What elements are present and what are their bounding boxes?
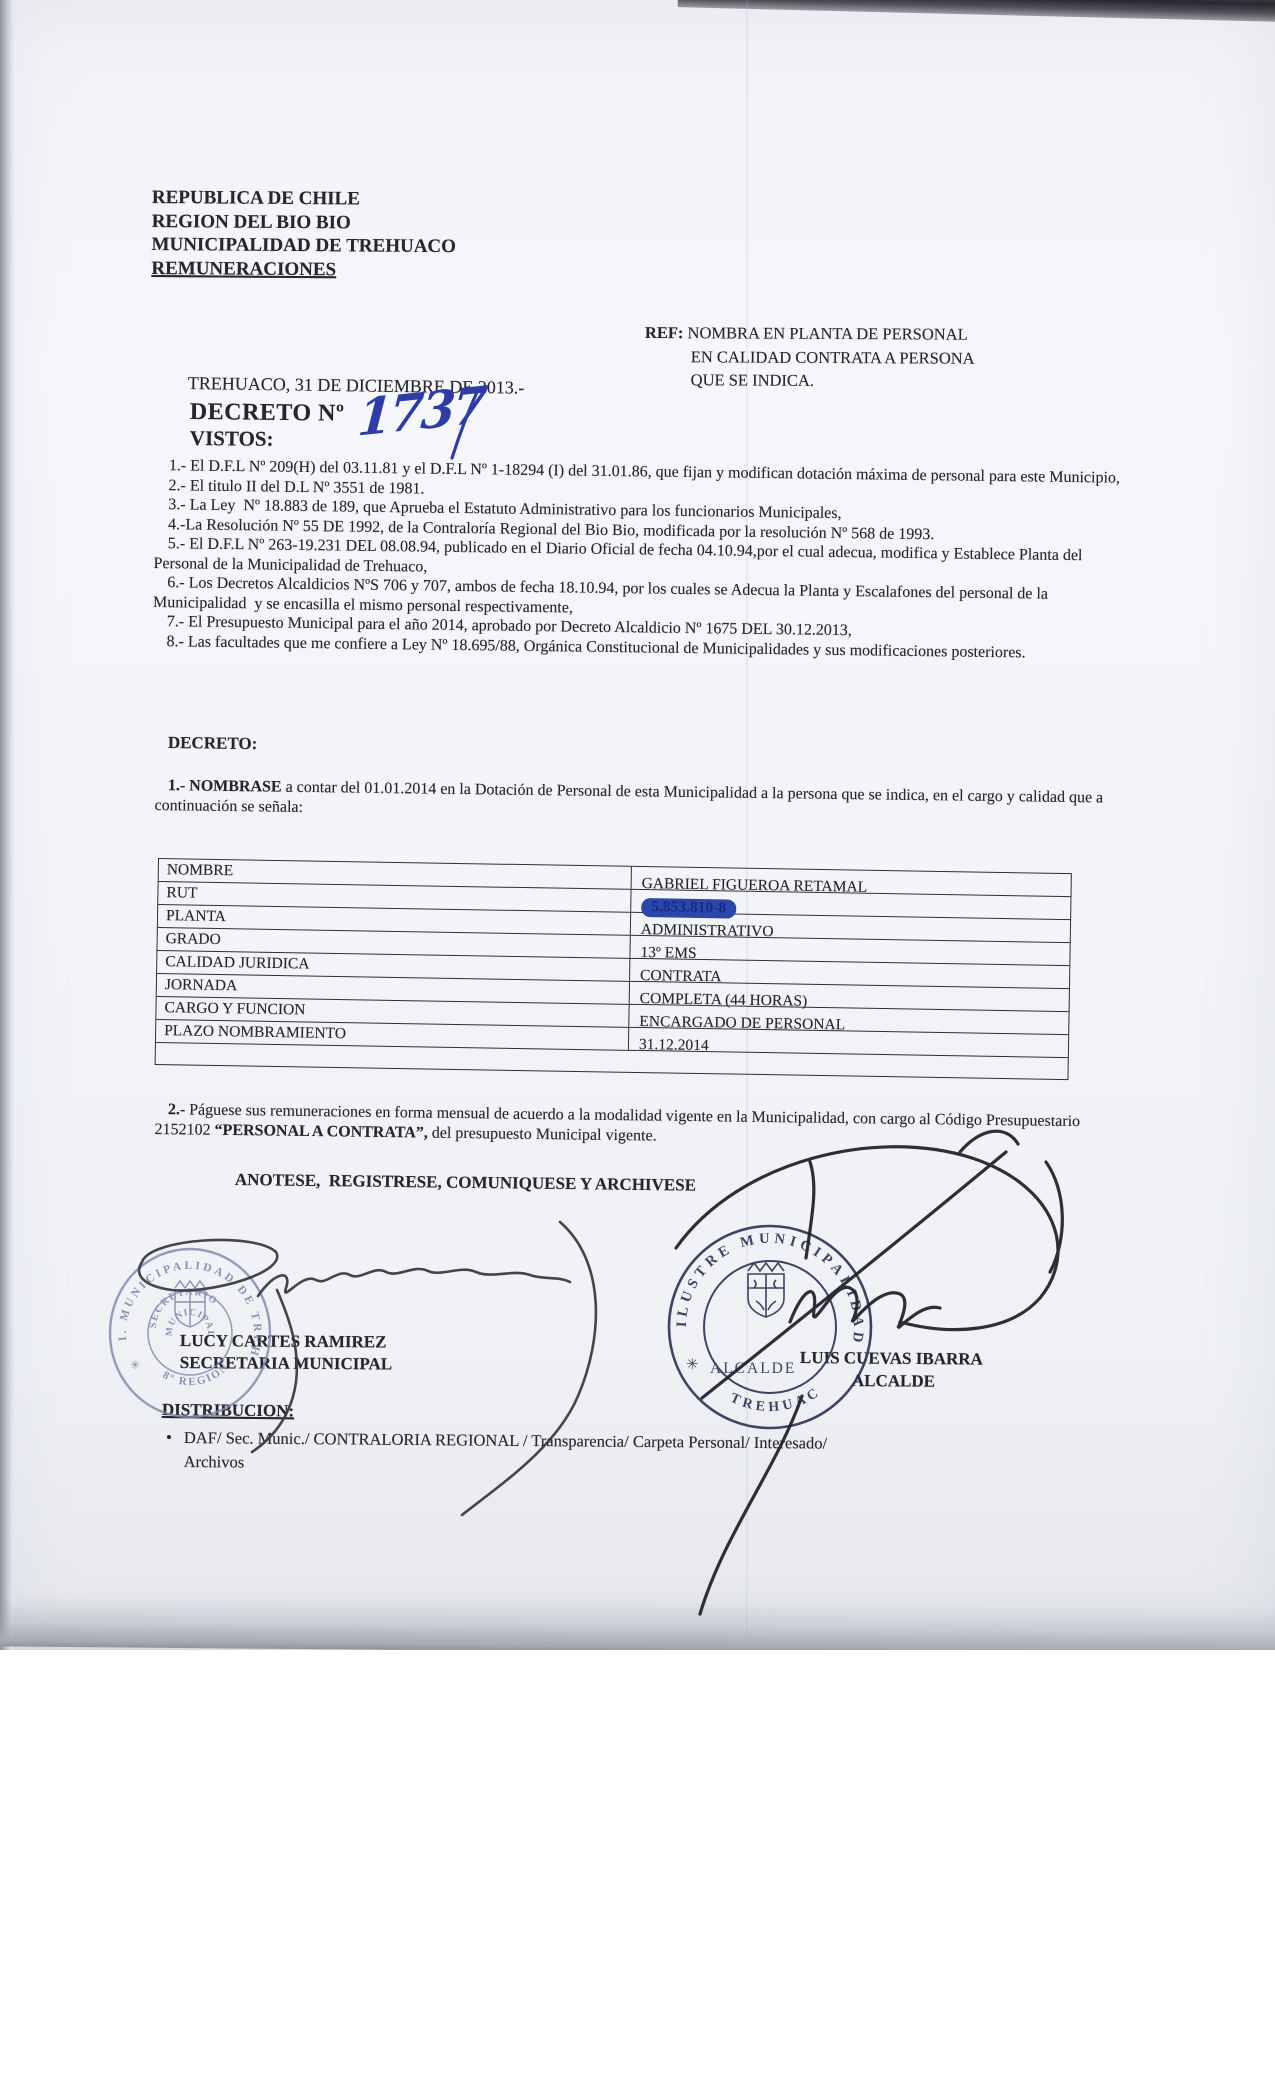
table-cell-value: GABRIEL FIGUEROA RETAMAL bbox=[631, 867, 1071, 896]
vistos-list: 1.- El D.F.L Nº 209(H) del 03.11.81 y el… bbox=[152, 456, 1122, 664]
ref-line: QUE SE INDICA. bbox=[645, 368, 975, 393]
ref-line: EN CALIDAD CONTRATA A PERSONA bbox=[645, 344, 975, 369]
scanned-decree-page: REPUBLICA DE CHILE REGION DEL BIO BIO MU… bbox=[0, 0, 1275, 2100]
letterhead-line: REGION DEL BIO BIO bbox=[152, 209, 457, 235]
article-1: 1.- NOMBRASE a contar del 01.01.2014 en … bbox=[154, 776, 1116, 829]
scan-edge-top bbox=[678, 0, 1275, 23]
letterhead: REPUBLICA DE CHILE REGION DEL BIO BIO MU… bbox=[151, 186, 456, 282]
ref-text: NOMBRA EN PLANTA DE PERSONAL bbox=[683, 323, 967, 343]
scan-edge-left bbox=[0, 0, 15, 1650]
article-2: 2.- Páguese sus remuneraciones en forma … bbox=[154, 1100, 1116, 1153]
table-value-text: 31.12.2014 bbox=[639, 1036, 709, 1055]
article-2-text: del presupuesto Municipal vigente. bbox=[428, 1125, 657, 1145]
article-2-bold-text: “PERSONAL A CONTRATA”, bbox=[214, 1122, 427, 1142]
redacted-rut: 5.853.810-8 bbox=[641, 898, 736, 919]
table-value-text: ENCARGADO DE PERSONAL bbox=[639, 1013, 845, 1034]
table-value-text: COMPLETA (44 HORAS) bbox=[640, 990, 808, 1011]
letterhead-line: REPUBLICA DE CHILE bbox=[152, 186, 457, 212]
table-value-text: GABRIEL FIGUEROA RETAMAL bbox=[641, 875, 867, 897]
decreto-heading: DECRETO: bbox=[168, 733, 258, 754]
appointment-table: NOMBRE GABRIEL FIGUEROA RETAMAL RUT 5.85… bbox=[155, 858, 1072, 1080]
decree-number-handwritten: 1737 bbox=[356, 375, 487, 448]
ref-block: REF: NOMBRA EN PLANTA DE PERSONAL EN CAL… bbox=[645, 321, 975, 393]
vistos-heading: VISTOS: bbox=[190, 426, 274, 452]
bullet-icon: • bbox=[166, 1428, 172, 1448]
paper: REPUBLICA DE CHILE REGION DEL BIO BIO MU… bbox=[0, 0, 1275, 1650]
closing-formula: ANOTESE, REGISTRESE, COMUNIQUESE Y ARCHI… bbox=[235, 1170, 696, 1196]
letterhead-line: MUNICIPALIDAD DE TREHUACO bbox=[152, 233, 457, 259]
paper-crease bbox=[746, 0, 748, 1650]
article-1-text: a contar del 01.01.2014 en la Dotación d… bbox=[155, 779, 1104, 816]
mayor-name: LUIS CUEVAS IBARRA bbox=[800, 1347, 983, 1371]
ref-label: REF: bbox=[645, 323, 684, 342]
ref-line: REF: NOMBRA EN PLANTA DE PERSONAL bbox=[645, 321, 975, 346]
article-1-lead: 1.- NOMBRASE bbox=[168, 777, 282, 795]
scan-shadow-bottom bbox=[0, 1596, 1275, 1650]
secretary-name: LUCY CARTES RAMIREZ bbox=[180, 1330, 393, 1353]
secretary-title: SECRETARIA MUNICIPAL bbox=[180, 1352, 393, 1375]
secretary-name-block: LUCY CARTES RAMIREZ SECRETARIA MUNICIPAL bbox=[180, 1330, 393, 1375]
table-value-text: 13º EMS bbox=[640, 944, 696, 963]
table-value-text: CONTRATA bbox=[640, 967, 722, 986]
distribution-heading: DISTRIBUCION: bbox=[162, 1400, 294, 1421]
distribution-list: DAF/ Sec. Munic./ CONTRALORIA REGIONAL /… bbox=[184, 1426, 1034, 1481]
decree-title: DECRETO Nº bbox=[190, 399, 345, 428]
table-value-text: ADMINISTRATIVO bbox=[641, 921, 774, 941]
letterhead-line-underlined: REMUNERACIONES bbox=[151, 256, 456, 282]
mayor-title: ALCALDE bbox=[852, 1370, 935, 1393]
article-2-lead: 2.- bbox=[168, 1101, 186, 1118]
